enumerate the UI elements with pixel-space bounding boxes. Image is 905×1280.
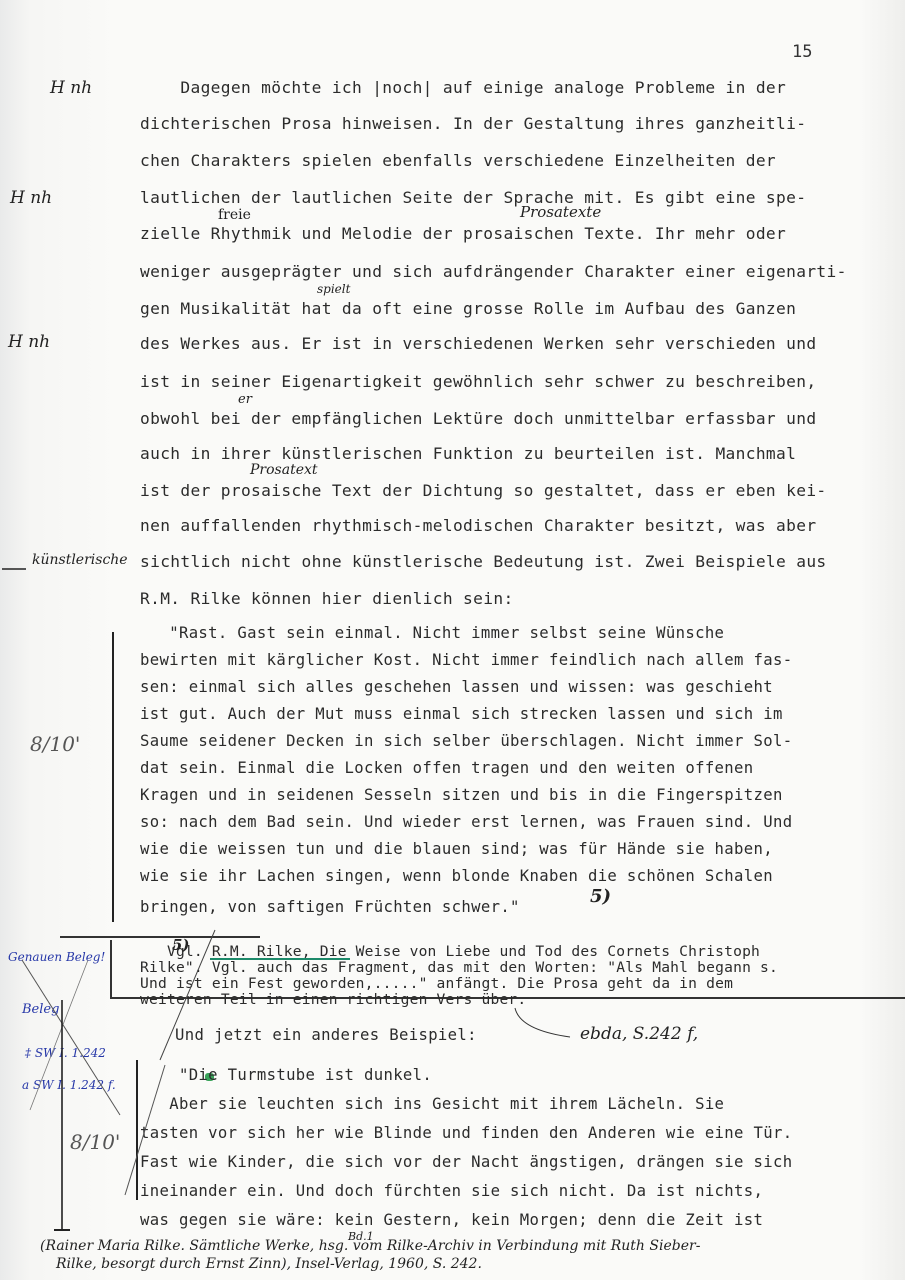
- margin-note-ratio: 8/10': [70, 1130, 120, 1154]
- quote-line: sen: einmal sich alles geschehen lassen …: [140, 678, 773, 696]
- correction-er: er: [238, 392, 252, 407]
- footnote-line: Rilke". Vgl. auch das Fragment, das mit …: [140, 960, 778, 976]
- document-page: 15 H nh H nh H nh künstlerische 8/10' 8/…: [0, 0, 905, 1280]
- quote-line: ist gut. Auch der Mut muss einmal sich s…: [140, 705, 783, 723]
- body-line: ist in seiner Eigenartigkeit gewöhnlich …: [140, 372, 816, 391]
- body-line: weniger ausgeprägter und sich aufdrängen…: [140, 262, 847, 281]
- correction-prosatext: Prosatext: [250, 462, 318, 478]
- margin-note-genauer-beleg: Genauen Beleg!: [8, 950, 105, 964]
- body-line: sichtlich nicht ohne künstlerische Bedeu…: [140, 552, 827, 571]
- quote-line: "Rast. Gast sein einmal. Nicht immer sel…: [140, 624, 724, 642]
- body-line: auch in ihrer künstlerischen Funktion zu…: [140, 444, 796, 463]
- margin-note-hnh: H nh: [50, 78, 92, 98]
- quote-margin-bar: [136, 1060, 138, 1200]
- body-line: lautlichen der lautlichen Seite der Spra…: [140, 188, 806, 207]
- quote-line: bewirten mit kärglicher Kost. Nicht imme…: [140, 651, 792, 669]
- bottom-note-line: Rilke, besorgt durch Ernst Zinn), Insel-…: [56, 1256, 482, 1272]
- quote-line: was gegen sie wäre: kein Gestern, kein M…: [140, 1211, 763, 1229]
- margin-note-sw-reference: ‡ SW I. 1.242: [25, 1046, 106, 1060]
- correction-prosatexte: Prosatexte: [520, 203, 601, 221]
- footnote-marker: 5): [590, 886, 611, 907]
- body-line: obwohl bei der empfänglichen Lektüre doc…: [140, 409, 816, 428]
- quote-line: dat sein. Einmal die Locken offen tragen…: [140, 759, 754, 777]
- margin-note-hnh: H nh: [10, 188, 52, 208]
- body-line: gen Musikalität hat da oft eine grosse R…: [140, 299, 796, 318]
- footnote-line: weiteren Teil in einen richtigen Vers üb…: [140, 992, 526, 1008]
- body-line: ist der prosaische Text der Dichtung so …: [140, 481, 827, 500]
- body-line: nen auffallenden rhythmisch-melodischen …: [140, 516, 816, 535]
- bottom-note-line: (Rainer Maria Rilke. Sämtliche Werke, hs…: [40, 1238, 700, 1254]
- quote-line: bringen, von saftigen Früchten schwer.": [140, 898, 520, 916]
- body-line: dichterischen Prosa hinweisen. In der Ge…: [140, 114, 806, 133]
- body-line: R.M. Rilke können hier dienlich sein:: [140, 589, 514, 608]
- quote-margin-bar: [112, 632, 114, 922]
- correction-freie: freie: [218, 207, 251, 223]
- body-line: Dagegen möchte ich |noch| auf einige ana…: [140, 78, 786, 97]
- margin-note-hnh: H nh: [8, 332, 50, 352]
- footnote-rule: [60, 936, 260, 938]
- margin-note-beleg: Beleg: [22, 1002, 59, 1017]
- margin-note-kuenstlerische: künstlerische: [32, 552, 128, 568]
- footnote-line: Vgl. R.M. Rilke, Die Weise von Liebe und…: [140, 944, 760, 960]
- body-line: Und jetzt ein anderes Beispiel:: [175, 1026, 477, 1044]
- quote-line: Kragen und in seidenen Sesseln sitzen un…: [140, 786, 783, 804]
- margin-note-sw-reference: a SW I. 1.242 f.: [22, 1078, 116, 1092]
- correction-spielt: spielt: [317, 282, 350, 296]
- ebda-note: ebda, S.242 f,: [580, 1024, 698, 1044]
- quote-line: wie sie ihr Lachen singen, wenn blonde K…: [140, 867, 773, 885]
- body-line: chen Charakters spielen ebenfalls versch…: [140, 151, 776, 170]
- body-line: des Werkes aus. Er ist in verschiedenen …: [140, 334, 816, 353]
- page-number: 15: [792, 42, 812, 62]
- quote-line: Aber sie leuchten sich ins Gesicht mit i…: [140, 1095, 724, 1113]
- quote-line: Fast wie Kinder, die sich vor der Nacht …: [140, 1153, 792, 1171]
- body-line: zielle Rhythmik und Melodie der prosaisc…: [140, 224, 786, 243]
- quote-line: "Die Turmstube ist dunkel.: [140, 1066, 432, 1084]
- footnote-line: Und ist ein Fest geworden,....." anfängt…: [140, 976, 733, 992]
- margin-note-ratio: 8/10': [30, 732, 80, 756]
- quote-line: so: nach dem Bad sein. Und wieder erst l…: [140, 813, 792, 831]
- quote-line: wie die weissen tun und die blauen sind;…: [140, 840, 773, 858]
- quote-line: ineinander ein. Und doch fürchten sie si…: [140, 1182, 763, 1200]
- quote-line: tasten vor sich her wie Blinde und finde…: [140, 1124, 792, 1142]
- quote-line: Saume seidener Decken in sich selber übe…: [140, 732, 792, 750]
